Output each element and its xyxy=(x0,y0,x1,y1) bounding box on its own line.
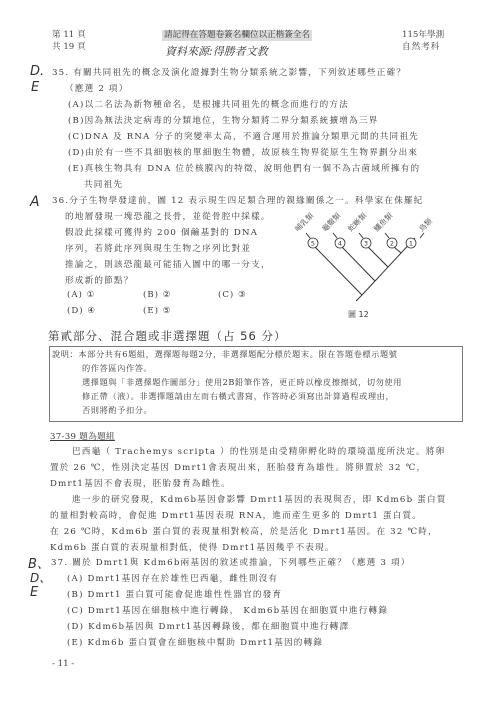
passage-2-line-3: 在 26 ℃時，Kdm6b 蛋白質的表現量相對較高，於是活化 Dmrt1基因。在… xyxy=(50,527,438,538)
passage-2-line-2: 的量相對較高時，會促進 Dmrt1基因表現 RNA，進而產生更多的 Dmrt1 … xyxy=(50,511,422,522)
q36-option-b: (B) ② xyxy=(143,290,171,300)
exam-title: 115年學測 xyxy=(402,30,444,41)
total-pages-label: 共 19 頁 xyxy=(52,42,86,53)
option-label: (C) xyxy=(218,290,234,300)
passage-2-line-4: Kdm6b 蛋白質的表現量相對低，使得 Dmrt1基因幾乎不表現。 xyxy=(50,543,335,554)
q35-option-b: (B)因為無法決定病毒的分類地位，生物分類將二界分類系統擴增為三界 xyxy=(68,116,378,127)
page-footer-number: - 11 - xyxy=(52,659,74,669)
q35-option-e: (E)真核生物具有 DNA 位於核膜內的特徵，說明他們有一個不為古菌域所擁有的 xyxy=(68,164,420,175)
figure-caption: 圖 12 xyxy=(348,309,369,319)
q37-option-b: (B) Dmrt1 蛋白質可能會促進雄性性器官的發育 xyxy=(67,590,282,601)
option-label: (A) xyxy=(67,290,83,300)
node-label-5: 5 xyxy=(311,240,315,248)
option-value: ④ xyxy=(87,306,96,316)
taxon-crocodiles: 鱷魚類 xyxy=(371,210,394,233)
option-label: (B) xyxy=(143,290,159,300)
option-value: ⑤ xyxy=(163,306,172,316)
option-label: (D) xyxy=(67,306,84,316)
instructions-line-3: 選擇題與「非選擇題作圖部分」使用2B鉛筆作答，更正時以橡皮擦擦拭，切勿使用 xyxy=(82,377,402,388)
signature-reminder-banner: 請記得在答題卷簽名欄位以正楷簽全名 xyxy=(162,30,312,41)
q36-option-d: (D) ④ xyxy=(67,306,96,316)
q35-option-d: (D)由於有一些不具細胞核的單細胞生物體，故原核生物界從原生生物界劃分出來 xyxy=(68,148,418,159)
q35-option-c: (C)DNA 及 RNA 分子的突變率太高，不適合運用於推論分類單元間的共同祖先 xyxy=(68,132,419,143)
taxon-turtles: 龜鱉類 xyxy=(319,210,342,233)
node-label-4: 4 xyxy=(338,240,342,248)
question-group-title: 37-39 題為題組 xyxy=(50,432,115,443)
taxon-birds: 鳥類 xyxy=(416,215,434,233)
phylogenetic-tree-figure: 5 4 3 2 1 哺乳類 龜鱉類 蛇蜥類 鱷魚類 鳥類 圖 12 xyxy=(290,205,480,330)
passage-1-line-3: Dmrt1基因不會表現，胚胎發育為雌性。 xyxy=(50,479,231,490)
q35-note: （應選 2 項） xyxy=(65,84,129,95)
subject-title: 自然考科 xyxy=(402,42,440,53)
q36-line-2: 的地層發現一塊恐龍之長骨，並從骨腔中採樣。 xyxy=(65,212,271,223)
instructions-line-1: 說明：本部分共有6題組，選擇題每題2分，非選擇題配分標於題末。限在答題卷標示題號 xyxy=(52,349,398,360)
q36-option-e: (E) ⑤ xyxy=(143,306,171,316)
instructions-line-4: 修正帶（液）。非選擇題請由左而右橫式書寫，作答時必須寫出計算過程或理由， xyxy=(82,391,394,402)
handwritten-answer-q36: A xyxy=(30,194,40,210)
part2-heading: 第貳部分、混合題或非選擇題（占 56 分） xyxy=(48,328,286,344)
node-label-2: 2 xyxy=(390,240,394,248)
q36-line-4: 序列，若將此序列與現生生物之序列比對並 xyxy=(65,244,251,255)
option-label: (E) xyxy=(143,306,159,316)
q36-option-c: (C) ③ xyxy=(218,290,247,300)
page-number-label: 第 11 頁 xyxy=(52,30,86,41)
q37-option-a: (A) Dmrt1基因存在於雄性巴西龜，雌性則沒有 xyxy=(67,574,278,585)
q37-option-c: (C) Dmrt1基因在細胞核中進行轉錄， Kdm6b基因在細胞質中進行轉錄 xyxy=(67,606,388,617)
option-value: ① xyxy=(87,290,96,300)
handwritten-answer-q37-e: E xyxy=(30,585,38,600)
handwritten-source-note: 資料來源:得勝者文教 xyxy=(165,43,268,59)
option-value: ② xyxy=(163,290,172,300)
handwritten-answer-q35-e: E xyxy=(31,80,39,95)
q36-line-6: 形成新的節點？ xyxy=(65,276,134,287)
taxon-lizards-snakes: 蛇蜥類 xyxy=(345,210,368,233)
passage-2-line-1: 進一步的研究發現，Kdm6b基因會影響 Dmrt1基因的表現與否，即 Kdm6b… xyxy=(72,495,447,506)
taxon-mammals: 哺乳類 xyxy=(292,210,315,233)
q37-option-e: (E) Kdm6b 蛋白質會在細胞核中幫助 Dmrt1基因的轉錄 xyxy=(67,638,323,649)
q37-option-d: (D) Kdm6b基因與 Dmrt1基因轉錄後，都在細胞質中進行轉譯 xyxy=(67,622,349,633)
q36-option-a: (A) ① xyxy=(67,290,95,300)
handwritten-answer-q37-d: D、 xyxy=(30,569,51,586)
passage-1-line-2: 置於 26 ℃，性別決定基因 Dmrt1會表現出來，胚胎發育為雄性。將卵置於 3… xyxy=(50,463,426,474)
handwritten-answer-q35-d: D. xyxy=(30,64,44,79)
node-label-3: 3 xyxy=(364,240,368,248)
node-label-1: 1 xyxy=(409,240,413,248)
q37-stem: 37. 關於 Dmrt1與 Kdm6b兩基因的敘述或推論，下列哪些正確？（應選 … xyxy=(51,558,411,569)
q35-stem: 35. 有關共同祖先的概念及演化證據對生物分類系統之影響，下列敘述哪些正確？ xyxy=(52,68,406,79)
q36-line-5: 推論之，則該恐龍最可能插入圖中的哪一分支， xyxy=(65,260,271,271)
q36-line-3: 假設此採樣可獲得約 200 個鹼基對的 DNA xyxy=(65,228,258,239)
q35-option-a: (A)以二名法為新物種命名，是根據共同祖先的概念而進行的方法 xyxy=(68,100,349,111)
instructions-line-5: 否則將酌予扣分。 xyxy=(82,405,152,416)
option-value: ③ xyxy=(238,290,247,300)
passage-1-line-1: 巴西龜（ Trachemys scripta ）的性別是由受精卵孵化時的環境溫度… xyxy=(72,447,445,458)
q35-option-e-cont: 共同祖先 xyxy=(84,180,123,191)
instructions-line-2: 的作答區內作答。 xyxy=(82,363,152,374)
